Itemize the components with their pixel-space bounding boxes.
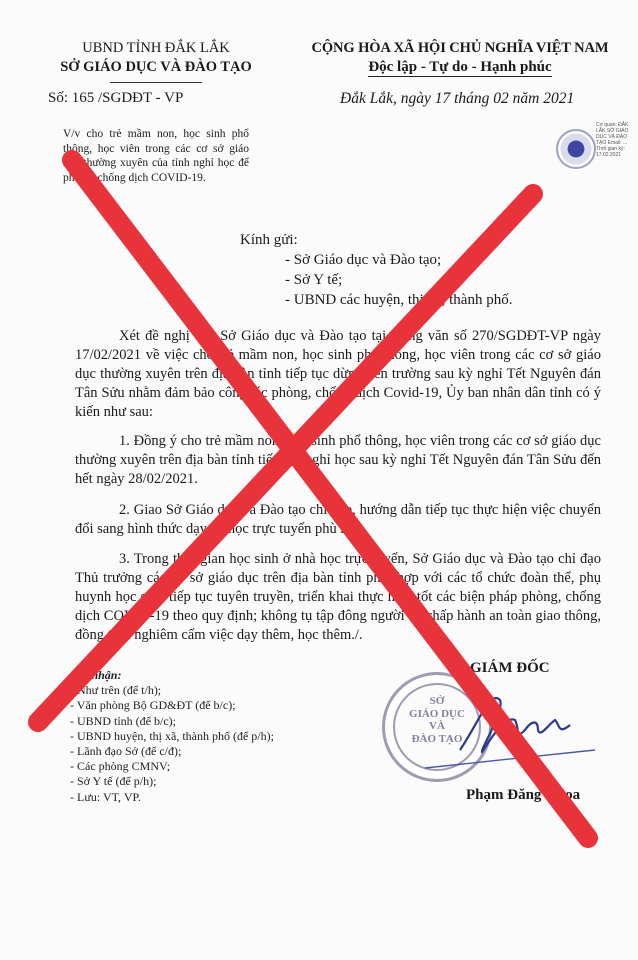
distribution-item: - UBND tỉnh (để b/c); — [70, 714, 274, 729]
body-intro-paragraph: Xét đề nghị của Sở Giáo dục và Đào tạo t… — [75, 327, 601, 422]
nation-title: CỘNG HÒA XÃ HỘI CHỦ NGHĨA VIỆT NAM — [290, 38, 630, 58]
distribution-item: - Lưu: VT, VP. — [70, 790, 274, 805]
distribution-title: Nơi nhận: — [70, 668, 274, 683]
distribution-item: - Các phòng CMNV; — [70, 759, 274, 774]
distribution-item: - Lãnh đạo Sở (để c/đ); — [70, 744, 274, 759]
signer-title: GIÁM ĐỐC — [470, 660, 550, 677]
recipients-label: Kính gửi: — [240, 230, 512, 250]
digital-signature-badge: Cơ quan: ĐẮK LẮK SỞ GIÁO DỤC VÀ ĐÀO TẠO … — [556, 122, 634, 180]
issuing-agency-header: UBND TỈNH ĐẮK LẮK SỞ GIÁO DỤC VÀ ĐÀO TẠO — [40, 38, 272, 83]
distribution-item: - Như trên (để t/h); — [70, 683, 274, 698]
place-and-date: Đắk Lắk, ngày 17 tháng 02 năm 2021 — [340, 90, 574, 108]
recipients-block: Kính gửi: - Sở Giáo dục và Đào tạo; - Sở… — [240, 230, 512, 310]
subject-line: V/v cho trẻ mầm non, học sinh phổ thông,… — [63, 127, 249, 185]
distribution-list: Nơi nhận: - Như trên (để t/h); - Văn phò… — [70, 668, 274, 805]
distribution-item: - Sở Y tế (để p/h); — [70, 774, 274, 789]
body-point-2: 2. Giao Sở Giáo dục và Đào tạo chỉ đạo, … — [75, 501, 601, 539]
header-rule — [110, 82, 202, 83]
distribution-item: - Văn phòng Bộ GD&ĐT (để b/c); — [70, 698, 274, 713]
national-motto: Độc lập - Tự do - Hạnh phúc — [368, 59, 551, 77]
national-header: CỘNG HÒA XÃ HỘI CHỦ NGHĨA VIỆT NAM Độc l… — [290, 38, 630, 76]
handwritten-signature — [420, 680, 600, 770]
body-point-1: 1. Đồng ý cho trẻ mầm non, học sinh phổ … — [75, 432, 601, 489]
signer-name: Phạm Đăng Khoa — [466, 787, 580, 804]
recipient-item: - Sở Y tế; — [285, 270, 512, 290]
digital-signature-text: Cơ quan: ĐẮK LẮK SỞ GIÁO DỤC VÀ ĐÀO TẠO … — [596, 122, 634, 158]
document-page: UBND TỈNH ĐẮK LẮK SỞ GIÁO DỤC VÀ ĐÀO TẠO… — [0, 0, 638, 960]
agency-name: SỞ GIÁO DỤC VÀ ĐÀO TẠO — [40, 58, 272, 76]
body-point-3: 3. Trong thời gian học sinh ở nhà học tr… — [75, 550, 601, 645]
recipient-item: - Sở Giáo dục và Đào tạo; — [285, 250, 512, 270]
document-number: Số: 165 /SGDĐT - VP — [48, 90, 183, 107]
distribution-item: - UBND huyện, thị xã, thành phố (để p/h)… — [70, 729, 274, 744]
agency-parent: UBND TỈNH ĐẮK LẮK — [40, 38, 272, 58]
recipient-item: - UBND các huyện, thị xã, thành phố. — [285, 290, 512, 310]
national-emblem-icon — [556, 129, 596, 169]
